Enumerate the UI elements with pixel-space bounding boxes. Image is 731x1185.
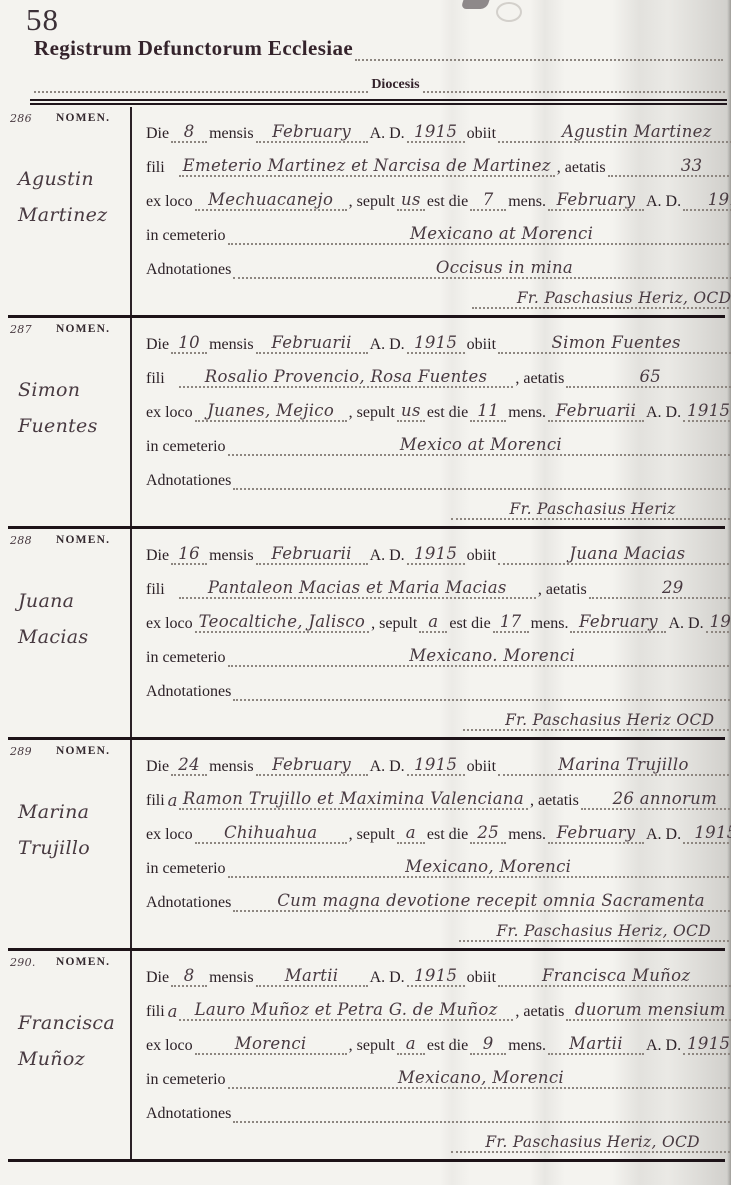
adnotationes-label: Adnotationes bbox=[144, 894, 233, 912]
obiit-name-value: Francisca Muñoz bbox=[498, 966, 731, 987]
scan-ring-artifact bbox=[496, 2, 522, 22]
fili-label: fili bbox=[144, 159, 167, 177]
cemetery-line: in cemeterio Mexicano. Morenci bbox=[144, 635, 731, 669]
death-record: 287 NOMEN. Simon Fuentes Die 10 mensis F… bbox=[8, 318, 725, 529]
fili-label: fili bbox=[144, 1003, 167, 1021]
record-left-column: 290. NOMEN. Francisca Muñoz bbox=[8, 951, 132, 1159]
obiit-name-value: Agustin Martinez bbox=[498, 122, 731, 143]
record-number: 286 bbox=[10, 112, 32, 125]
parents-value: Emeterio Martinez et Narcisa de Martinez bbox=[179, 156, 555, 177]
death-day-value: 10 bbox=[171, 333, 207, 354]
adnotationes-label: Adnotationes bbox=[144, 472, 233, 490]
diocesis-row: Diocesis bbox=[34, 74, 725, 93]
decedent-name-line2: Macias bbox=[18, 619, 126, 655]
aetatis-label: , aetatis bbox=[555, 159, 608, 177]
header-double-rule bbox=[30, 99, 727, 105]
decedent-name: Simon Fuentes bbox=[18, 372, 126, 444]
annotations-line: Adnotationes Occisus in mina bbox=[144, 247, 731, 281]
burial-month-value: February bbox=[548, 823, 644, 844]
death-day-value: 8 bbox=[171, 122, 207, 143]
signature-line: Fr. Paschasius Heriz bbox=[144, 492, 731, 522]
mensis-label: mensis bbox=[207, 547, 255, 565]
place-of-origin-value: Chihuahua bbox=[195, 823, 347, 844]
death-year-value: 1915 bbox=[407, 966, 465, 987]
signature-line: Fr. Paschasius Heriz, OCD bbox=[144, 1125, 731, 1155]
parents-value: Ramon Trujillo et Maximina Valenciana bbox=[179, 789, 528, 810]
parents-value: Rosalio Provencio, Rosa Fuentes bbox=[179, 367, 514, 388]
records: 286 NOMEN. Agustin Martinez Die 8 mensis… bbox=[8, 107, 725, 1162]
ad-label-2: A. D. bbox=[644, 826, 683, 844]
sepult-label: , sepult bbox=[347, 826, 397, 844]
death-day-value: 16 bbox=[171, 544, 207, 565]
mens-label: mens. bbox=[506, 826, 548, 844]
obiit-label: obiit bbox=[465, 336, 498, 354]
burial-line: ex loco Mechuacanejo , sepult us est die… bbox=[144, 179, 731, 213]
decedent-name: Agustin Martinez bbox=[18, 161, 126, 233]
death-record: 288 NOMEN. Juana Macias Die 16 mensis Fe… bbox=[8, 529, 725, 740]
burial-year-value: 1915 bbox=[683, 823, 731, 844]
burial-line: ex loco Morenci , sepult a est die 9 men… bbox=[144, 1023, 731, 1057]
ad-label: A. D. bbox=[368, 125, 407, 143]
death-date-line: Die 10 mensis Februarii A. D. 1915 obiit… bbox=[144, 322, 731, 356]
priest-signature: Fr. Paschasius Heriz, OCD bbox=[459, 922, 731, 942]
record-form-column: Die 24 mensis February A. D. 1915 obiit … bbox=[132, 740, 731, 948]
mensis-label: mensis bbox=[207, 336, 255, 354]
annotations-value: Cum magna devotione recepit omnia Sacram… bbox=[233, 891, 731, 912]
nomen-label: NOMEN. bbox=[56, 745, 110, 757]
decedent-name-line2: Muñoz bbox=[18, 1041, 126, 1077]
mensis-label: mensis bbox=[207, 758, 255, 776]
priest-signature: Fr. Paschasius Heriz bbox=[451, 500, 731, 520]
burial-month-value: February bbox=[570, 612, 666, 633]
register-page: 58 Registrum Defunctorum Ecclesiae Dioce… bbox=[0, 0, 731, 1185]
mens-label: mens. bbox=[506, 1037, 548, 1055]
mens-label: mens. bbox=[529, 615, 571, 633]
fili-suffix-value: a bbox=[167, 791, 179, 810]
cemetery-value: Mexicano. Morenci bbox=[228, 646, 731, 667]
record-left-column: 289 NOMEN. Marina Trujillo bbox=[8, 740, 132, 948]
death-date-line: Die 8 mensis February A. D. 1915 obiit A… bbox=[144, 111, 731, 145]
mens-label: mens. bbox=[506, 193, 548, 211]
death-month-value: Februarii bbox=[256, 544, 368, 565]
decedent-name-line1: Francisca bbox=[18, 1005, 126, 1041]
record-form-column: Die 10 mensis Februarii A. D. 1915 obiit… bbox=[132, 318, 731, 526]
parents-value: Pantaleon Macias et Maria Macias bbox=[179, 578, 536, 599]
obiit-label: obiit bbox=[465, 969, 498, 987]
record-left-column: 287 NOMEN. Simon Fuentes bbox=[8, 318, 132, 526]
burial-line: ex loco Chihuahua , sepult a est die 25 … bbox=[144, 812, 731, 846]
place-of-origin-value: Juanes, Mejico bbox=[195, 401, 347, 422]
burial-line: ex loco Juanes, Mejico , sepult us est d… bbox=[144, 390, 731, 424]
est-die-label: est die bbox=[447, 615, 492, 633]
aetatis-label: , aetatis bbox=[513, 370, 566, 388]
annotations-value bbox=[233, 699, 731, 701]
burial-year-value: 1915 bbox=[683, 1034, 731, 1055]
ad-label: A. D. bbox=[368, 336, 407, 354]
parents-line: fili a Ramon Trujillo et Maximina Valenc… bbox=[144, 778, 731, 812]
ex-loco-label: ex loco bbox=[144, 404, 195, 422]
die-label: Die bbox=[144, 547, 171, 565]
obiit-name-value: Juana Macias bbox=[498, 544, 731, 565]
parents-line: fili Rosalio Provencio, Rosa Fuentes , a… bbox=[144, 356, 731, 390]
signature-line: Fr. Paschasius Heriz OCD bbox=[144, 703, 731, 733]
decedent-name-line1: Simon bbox=[18, 372, 126, 408]
mens-label: mens. bbox=[506, 404, 548, 422]
est-die-label: est die bbox=[425, 826, 470, 844]
ad-label: A. D. bbox=[368, 758, 407, 776]
diocesis-label: Diocesis bbox=[368, 77, 422, 93]
obiit-name-value: Simon Fuentes bbox=[498, 333, 731, 354]
death-year-value: 1915 bbox=[407, 333, 465, 354]
sepult-label: , sepult bbox=[369, 615, 419, 633]
death-date-line: Die 8 mensis Martii A. D. 1915 obiit Fra… bbox=[144, 955, 731, 989]
est-die-label: est die bbox=[425, 404, 470, 422]
age-value: 26 annorum bbox=[581, 789, 731, 810]
burial-day-value: 9 bbox=[470, 1034, 506, 1055]
death-day-value: 24 bbox=[171, 755, 207, 776]
est-die-label: est die bbox=[425, 193, 470, 211]
sepult-label: , sepult bbox=[347, 1037, 397, 1055]
fili-label: fili bbox=[144, 370, 167, 388]
death-record: 286 NOMEN. Agustin Martinez Die 8 mensis… bbox=[8, 107, 725, 318]
burial-day-value: 17 bbox=[493, 612, 529, 633]
place-of-origin-value: Mechuacanejo bbox=[195, 190, 347, 211]
nomen-label: NOMEN. bbox=[56, 323, 110, 335]
cemetery-line: in cemeterio Mexicano, Morenci bbox=[144, 1057, 731, 1091]
nomen-label: NOMEN. bbox=[56, 956, 110, 968]
burial-year-value: 1915 bbox=[683, 190, 731, 211]
record-number: 290. bbox=[10, 956, 36, 969]
decedent-name: Francisca Muñoz bbox=[18, 1005, 126, 1077]
place-of-origin-value: Morenci bbox=[195, 1034, 347, 1055]
age-value: 29 bbox=[589, 578, 731, 599]
burial-month-value: Februarii bbox=[548, 401, 644, 422]
death-record: 290. NOMEN. Francisca Muñoz Die 8 mensis… bbox=[8, 951, 725, 1162]
adnotationes-label: Adnotationes bbox=[144, 683, 233, 701]
death-date-line: Die 24 mensis February A. D. 1915 obiit … bbox=[144, 744, 731, 778]
annotations-line: Adnotationes Cum magna devotione recepit… bbox=[144, 880, 731, 914]
annotations-line: Adnotationes bbox=[144, 458, 731, 492]
in-cemeterio-label: in cemeterio bbox=[144, 227, 228, 245]
record-form-column: Die 8 mensis Martii A. D. 1915 obiit Fra… bbox=[132, 951, 731, 1159]
obiit-label: obiit bbox=[465, 547, 498, 565]
die-label: Die bbox=[144, 336, 171, 354]
burial-year-value: 1915 bbox=[706, 612, 731, 633]
scan-smudge-artifact bbox=[461, 0, 490, 9]
adnotationes-label: Adnotationes bbox=[144, 261, 233, 279]
burial-day-value: 7 bbox=[470, 190, 506, 211]
fili-suffix-value: a bbox=[167, 1002, 179, 1021]
annotations-value bbox=[233, 1121, 731, 1123]
aetatis-label: , aetatis bbox=[528, 792, 581, 810]
sepult-suffix-value: us bbox=[397, 401, 425, 422]
mensis-label: mensis bbox=[207, 969, 255, 987]
ex-loco-label: ex loco bbox=[144, 1037, 195, 1055]
burial-year-value: 1915 bbox=[683, 401, 731, 422]
obiit-name-value: Marina Trujillo bbox=[498, 755, 731, 776]
ad-label-2: A. D. bbox=[644, 404, 683, 422]
title-row: Registrum Defunctorum Ecclesiae bbox=[34, 36, 723, 61]
death-month-value: Martii bbox=[256, 966, 368, 987]
priest-signature: Fr. Paschasius Heriz, OCD bbox=[472, 289, 731, 309]
parents-line: fili Emeterio Martinez et Narcisa de Mar… bbox=[144, 145, 731, 179]
mensis-label: mensis bbox=[207, 125, 255, 143]
cemetery-line: in cemeterio Mexicano, Morenci bbox=[144, 846, 731, 880]
fili-label: fili bbox=[144, 581, 167, 599]
die-label: Die bbox=[144, 969, 171, 987]
ad-label-2: A. D. bbox=[644, 193, 683, 211]
record-left-column: 286 NOMEN. Agustin Martinez bbox=[8, 107, 132, 315]
nomen-label: NOMEN. bbox=[56, 112, 110, 124]
obiit-label: obiit bbox=[465, 125, 498, 143]
aetatis-label: , aetatis bbox=[513, 1003, 566, 1021]
record-number: 288 bbox=[10, 534, 32, 547]
death-month-value: Februarii bbox=[256, 333, 368, 354]
annotations-line: Adnotationes bbox=[144, 1091, 731, 1125]
burial-line: ex loco Teocaltiche, Jalisco , sepult a … bbox=[144, 601, 731, 635]
death-year-value: 1915 bbox=[407, 755, 465, 776]
decedent-name: Juana Macias bbox=[18, 583, 126, 655]
in-cemeterio-label: in cemeterio bbox=[144, 649, 228, 667]
death-month-value: February bbox=[256, 122, 368, 143]
cemetery-value: Mexico at Morenci bbox=[228, 435, 731, 456]
age-value: 33 bbox=[608, 156, 731, 177]
annotations-line: Adnotationes bbox=[144, 669, 731, 703]
ex-loco-label: ex loco bbox=[144, 615, 195, 633]
signature-line: Fr. Paschasius Heriz, OCD bbox=[144, 914, 731, 944]
decedent-name: Marina Trujillo bbox=[18, 794, 126, 866]
cemetery-line: in cemeterio Mexicano at Morenci bbox=[144, 213, 731, 247]
record-number: 287 bbox=[10, 323, 32, 336]
sepult-label: , sepult bbox=[347, 404, 397, 422]
cemetery-value: Mexicano, Morenci bbox=[228, 1068, 731, 1089]
age-value: 65 bbox=[566, 367, 731, 388]
decedent-name-line1: Marina bbox=[18, 794, 126, 830]
priest-signature: Fr. Paschasius Heriz, OCD bbox=[451, 1133, 731, 1153]
decedent-name-line2: Martinez bbox=[18, 197, 126, 233]
burial-day-value: 11 bbox=[470, 401, 506, 422]
death-month-value: February bbox=[256, 755, 368, 776]
ad-label-2: A. D. bbox=[666, 615, 705, 633]
cemetery-value: Mexicano at Morenci bbox=[228, 224, 731, 245]
record-form-column: Die 16 mensis Februarii A. D. 1915 obiit… bbox=[132, 529, 731, 737]
record-left-column: 288 NOMEN. Juana Macias bbox=[8, 529, 132, 737]
record-form-column: Die 8 mensis February A. D. 1915 obiit A… bbox=[132, 107, 731, 315]
death-year-value: 1915 bbox=[407, 544, 465, 565]
age-value: duorum mensium bbox=[566, 1000, 731, 1021]
cemetery-line: in cemeterio Mexico at Morenci bbox=[144, 424, 731, 458]
parents-line: fili a Lauro Muñoz et Petra G. de Muñoz … bbox=[144, 989, 731, 1023]
death-day-value: 8 bbox=[171, 966, 207, 987]
priest-signature: Fr. Paschasius Heriz OCD bbox=[463, 711, 731, 731]
decedent-name-line1: Agustin bbox=[18, 161, 126, 197]
parents-line: fili Pantaleon Macias et Maria Macias , … bbox=[144, 567, 731, 601]
obiit-label: obiit bbox=[465, 758, 498, 776]
fili-label: fili bbox=[144, 792, 167, 810]
death-year-value: 1915 bbox=[407, 122, 465, 143]
diocesis-leader-right bbox=[423, 74, 725, 93]
in-cemeterio-label: in cemeterio bbox=[144, 1071, 228, 1089]
est-die-label: est die bbox=[425, 1037, 470, 1055]
sepult-suffix-value: a bbox=[419, 612, 447, 633]
signature-line: Fr. Paschasius Heriz, OCD bbox=[144, 281, 731, 311]
in-cemeterio-label: in cemeterio bbox=[144, 860, 228, 878]
die-label: Die bbox=[144, 125, 171, 143]
burial-day-value: 25 bbox=[470, 823, 506, 844]
page-number: 58 bbox=[26, 2, 59, 38]
decedent-name-line1: Juana bbox=[18, 583, 126, 619]
die-label: Die bbox=[144, 758, 171, 776]
sepult-suffix-value: a bbox=[397, 1034, 425, 1055]
in-cemeterio-label: in cemeterio bbox=[144, 438, 228, 456]
sepult-suffix-value: a bbox=[397, 823, 425, 844]
ex-loco-label: ex loco bbox=[144, 193, 195, 211]
record-number: 289 bbox=[10, 745, 32, 758]
cemetery-value: Mexicano, Morenci bbox=[228, 857, 731, 878]
burial-month-value: Martii bbox=[548, 1034, 644, 1055]
death-date-line: Die 16 mensis Februarii A. D. 1915 obiit… bbox=[144, 533, 731, 567]
page-title: Registrum Defunctorum Ecclesiae bbox=[34, 36, 355, 61]
place-of-origin-value: Teocaltiche, Jalisco bbox=[195, 612, 369, 633]
sepult-suffix-value: us bbox=[397, 190, 425, 211]
ad-label: A. D. bbox=[368, 969, 407, 987]
death-record: 289 NOMEN. Marina Trujillo Die 24 mensis… bbox=[8, 740, 725, 951]
sepult-label: , sepult bbox=[347, 193, 397, 211]
diocesis-leader-left bbox=[34, 74, 368, 93]
ad-label-2: A. D. bbox=[644, 1037, 683, 1055]
title-leader-line bbox=[355, 40, 723, 61]
adnotationes-label: Adnotationes bbox=[144, 1105, 233, 1123]
decedent-name-line2: Trujillo bbox=[18, 830, 126, 866]
burial-month-value: February bbox=[548, 190, 644, 211]
parents-value: Lauro Muñoz et Petra G. de Muñoz bbox=[179, 1000, 514, 1021]
ex-loco-label: ex loco bbox=[144, 826, 195, 844]
nomen-label: NOMEN. bbox=[56, 534, 110, 546]
annotations-value bbox=[233, 488, 731, 490]
aetatis-label: , aetatis bbox=[536, 581, 589, 599]
decedent-name-line2: Fuentes bbox=[18, 408, 126, 444]
ad-label: A. D. bbox=[368, 547, 407, 565]
annotations-value: Occisus in mina bbox=[233, 258, 731, 279]
